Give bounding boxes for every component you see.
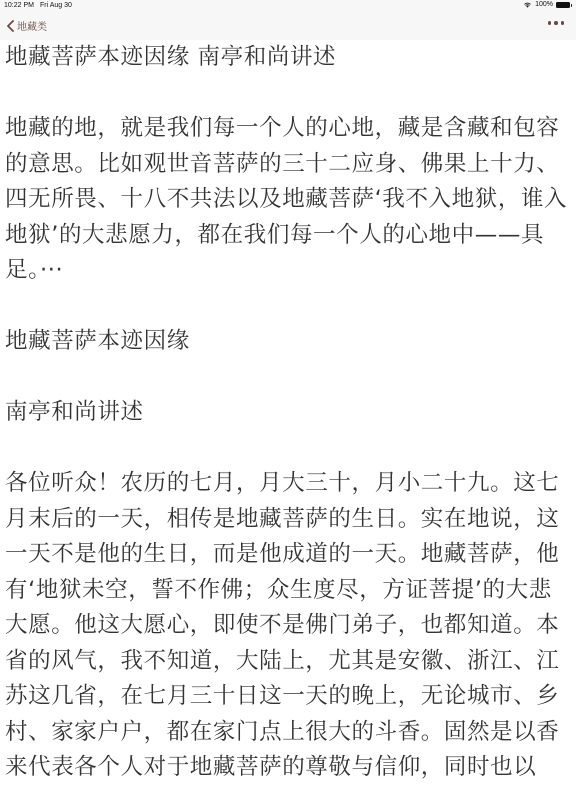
article-body: 各位听众！农历的七月，月大三十，月小二十九。这七月末后的一天，相传是地藏菩萨的生… xyxy=(5,466,571,768)
battery-percent: 100% xyxy=(535,1,553,8)
article-title: 地藏菩萨本迹因缘 南亭和尚讲述 xyxy=(5,40,571,76)
status-time: 10:22 PM xyxy=(4,2,34,9)
spacer xyxy=(5,431,571,467)
battery-icon xyxy=(556,2,570,8)
ellipsis-dot xyxy=(554,21,558,25)
more-button[interactable] xyxy=(548,21,565,25)
spacer xyxy=(5,360,571,396)
article-heading: 地藏菩萨本迹因缘 xyxy=(5,324,571,360)
ellipsis-dot xyxy=(561,21,565,25)
back-button[interactable]: 地藏类 xyxy=(6,18,47,33)
wifi-icon xyxy=(523,1,532,8)
article-intro: 地藏的地，就是我们每一个人的心地，藏是含藏和包容的意思。比如观世音菩萨的三十二应… xyxy=(5,111,571,289)
status-date: Fri Aug 30 xyxy=(40,2,72,9)
back-label: 地藏类 xyxy=(17,18,47,33)
article-author: 南亭和尚讲述 xyxy=(5,395,571,431)
article-content: 地藏菩萨本迹因缘 南亭和尚讲述 地藏的地，就是我们每一个人的心地，藏是含藏和包容… xyxy=(5,40,571,768)
spacer xyxy=(5,289,571,325)
chevron-left-icon xyxy=(6,20,15,32)
nav-bar: 地藏类 xyxy=(0,12,576,40)
status-right: 100% xyxy=(523,1,570,8)
spacer xyxy=(5,76,571,112)
ellipsis-icon xyxy=(548,21,552,25)
status-bar: 10:22 PM Fri Aug 30 100% xyxy=(0,0,576,12)
